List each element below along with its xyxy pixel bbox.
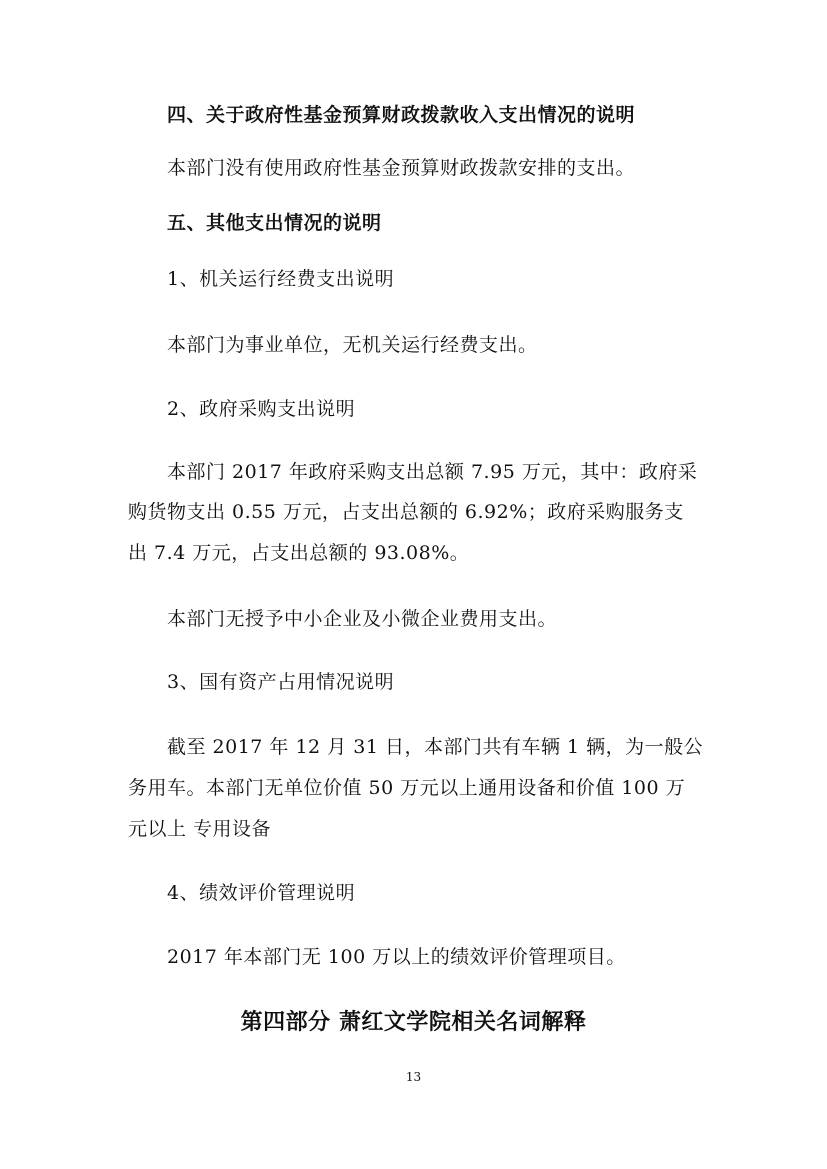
item2-body-line-2: 购货物支出 0.55 万元，占支出总额的 6.92%；政府采购服务支 — [128, 497, 684, 524]
section4-heading: 四、关于政府性基金预算财政拨款收入支出情况的说明 — [167, 100, 635, 127]
section5-heading: 五、其他支出情况的说明 — [167, 208, 382, 235]
item2-note: 本部门无授予中小企业及小微企业费用支出。 — [167, 604, 557, 631]
item2-body-line-1: 本部门 2017 年政府采购支出总额 7.95 万元，其中：政府采 — [167, 457, 697, 484]
item2-body-line-3: 出 7.4 万元，占支出总额的 93.08%。 — [128, 538, 469, 565]
item3-title: 3、国有资产占用情况说明 — [167, 667, 394, 694]
item3-body-line-1: 截至 2017 年 12 月 31 日，本部门共有车辆 1 辆，为一般公 — [167, 732, 703, 759]
item3-body-line-3: 元以上 专用设备 — [128, 814, 271, 841]
item2-title: 2、政府采购支出说明 — [167, 394, 355, 421]
item1-title: 1、机关运行经费支出说明 — [167, 264, 394, 291]
item4-body: 2017 年本部门无 100 万以上的绩效评价管理项目。 — [167, 942, 626, 969]
page-number: 13 — [0, 1070, 827, 1084]
item4-title: 4、绩效评价管理说明 — [167, 878, 355, 905]
item1-body: 本部门为事业单位，无机关运行经费支出。 — [167, 330, 538, 357]
item3-body-line-2: 务用车。本部门无单位价值 50 万元以上通用设备和价值 100 万 — [128, 773, 685, 800]
section4-body: 本部门没有使用政府性基金预算财政拨款安排的支出。 — [167, 153, 635, 180]
part4-heading: 第四部分 萧红文学院相关名词解释 — [0, 1005, 827, 1036]
